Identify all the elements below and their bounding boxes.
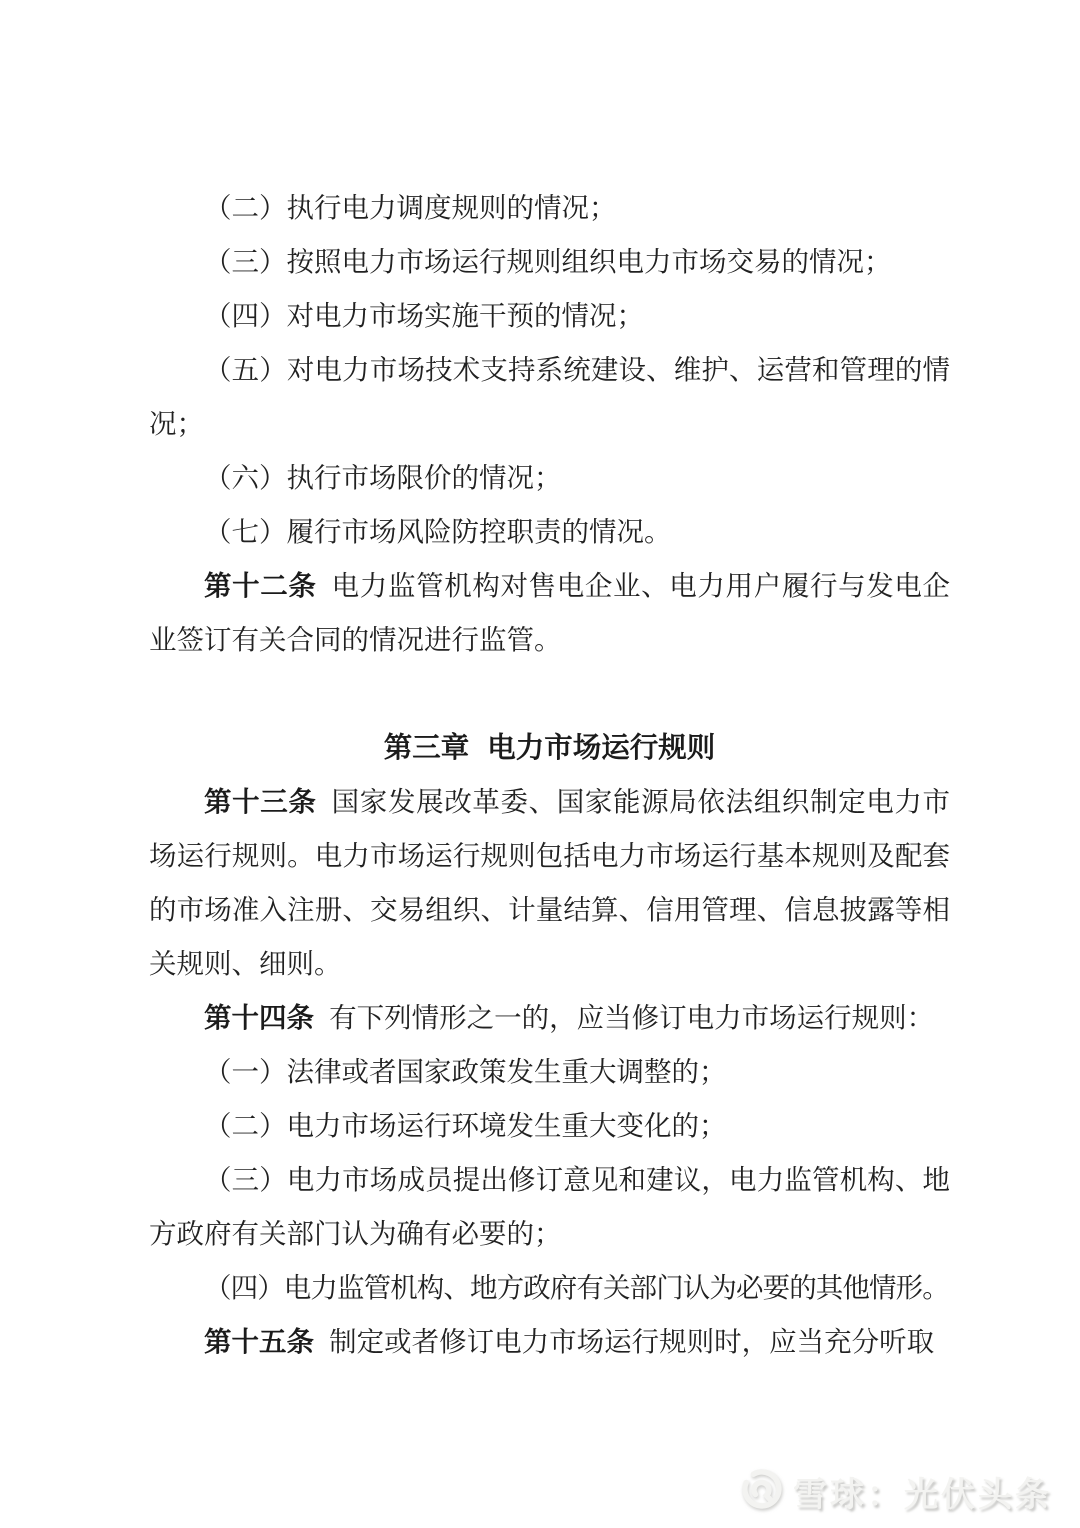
list-item-paragraph: （一）法律或者国家政策发生重大调整的； [149,1045,950,1099]
article-text: 制定或者修订电力市场运行规则时，应当充分听取 [329,1326,934,1357]
watermark-text: 雪球：光伏头条 [793,1467,1052,1516]
article-number: 第十三条 [204,786,317,817]
list-item-paragraph: （三）电力市场成员提出修订意见和建议，电力监管机构、地方政府有关部门认为确有必要… [149,1153,950,1261]
article-text: 有下列情形之一的，应当修订电力市场运行规则： [329,1002,934,1033]
list-item-paragraph: （六）执行市场限价的情况； [149,451,950,505]
article-number: 第十五条 [204,1326,314,1357]
list-item-paragraph: （五）对电力市场技术支持系统建设、维护、运营和管理的情况； [149,343,950,451]
chapter-heading: 第三章 电力市场运行规则 [149,721,950,775]
article-paragraph: 第十四条有下列情形之一的，应当修订电力市场运行规则： [149,991,950,1045]
list-item-paragraph: （七）履行市场风险防控职责的情况。 [149,505,950,559]
xueqiu-snowball-icon [740,1468,782,1515]
list-item-paragraph: （二）执行电力调度规则的情况； [149,181,950,235]
list-item-paragraph: （三）按照电力市场运行规则组织电力市场交易的情况； [149,235,950,289]
article-paragraph: 第十三条国家发展改革委、国家能源局依法组织制定电力市场运行规则。电力市场运行规则… [149,775,950,991]
article-number: 第十四条 [204,1002,314,1033]
article-paragraph: 第十五条制定或者修订电力市场运行规则时，应当充分听取 [149,1315,950,1369]
watermark: 雪球：光伏头条 [740,1467,1052,1516]
document-body: （二）执行电力调度规则的情况；（三）按照电力市场运行规则组织电力市场交易的情况；… [149,181,950,1369]
article-number: 第十二条 [204,570,317,601]
list-item-paragraph: （四）对电力市场实施干预的情况； [149,289,950,343]
list-item-paragraph: （二）电力市场运行环境发生重大变化的； [149,1099,950,1153]
document-page: （二）执行电力调度规则的情况；（三）按照电力市场运行规则组织电力市场交易的情况；… [0,0,1080,1528]
list-item-paragraph: （四）电力监管机构、地方政府有关部门认为必要的其他情形。 [149,1261,950,1315]
article-paragraph: 第十二条电力监管机构对售电企业、电力用户履行与发电企业签订有关合同的情况进行监管… [149,559,950,667]
